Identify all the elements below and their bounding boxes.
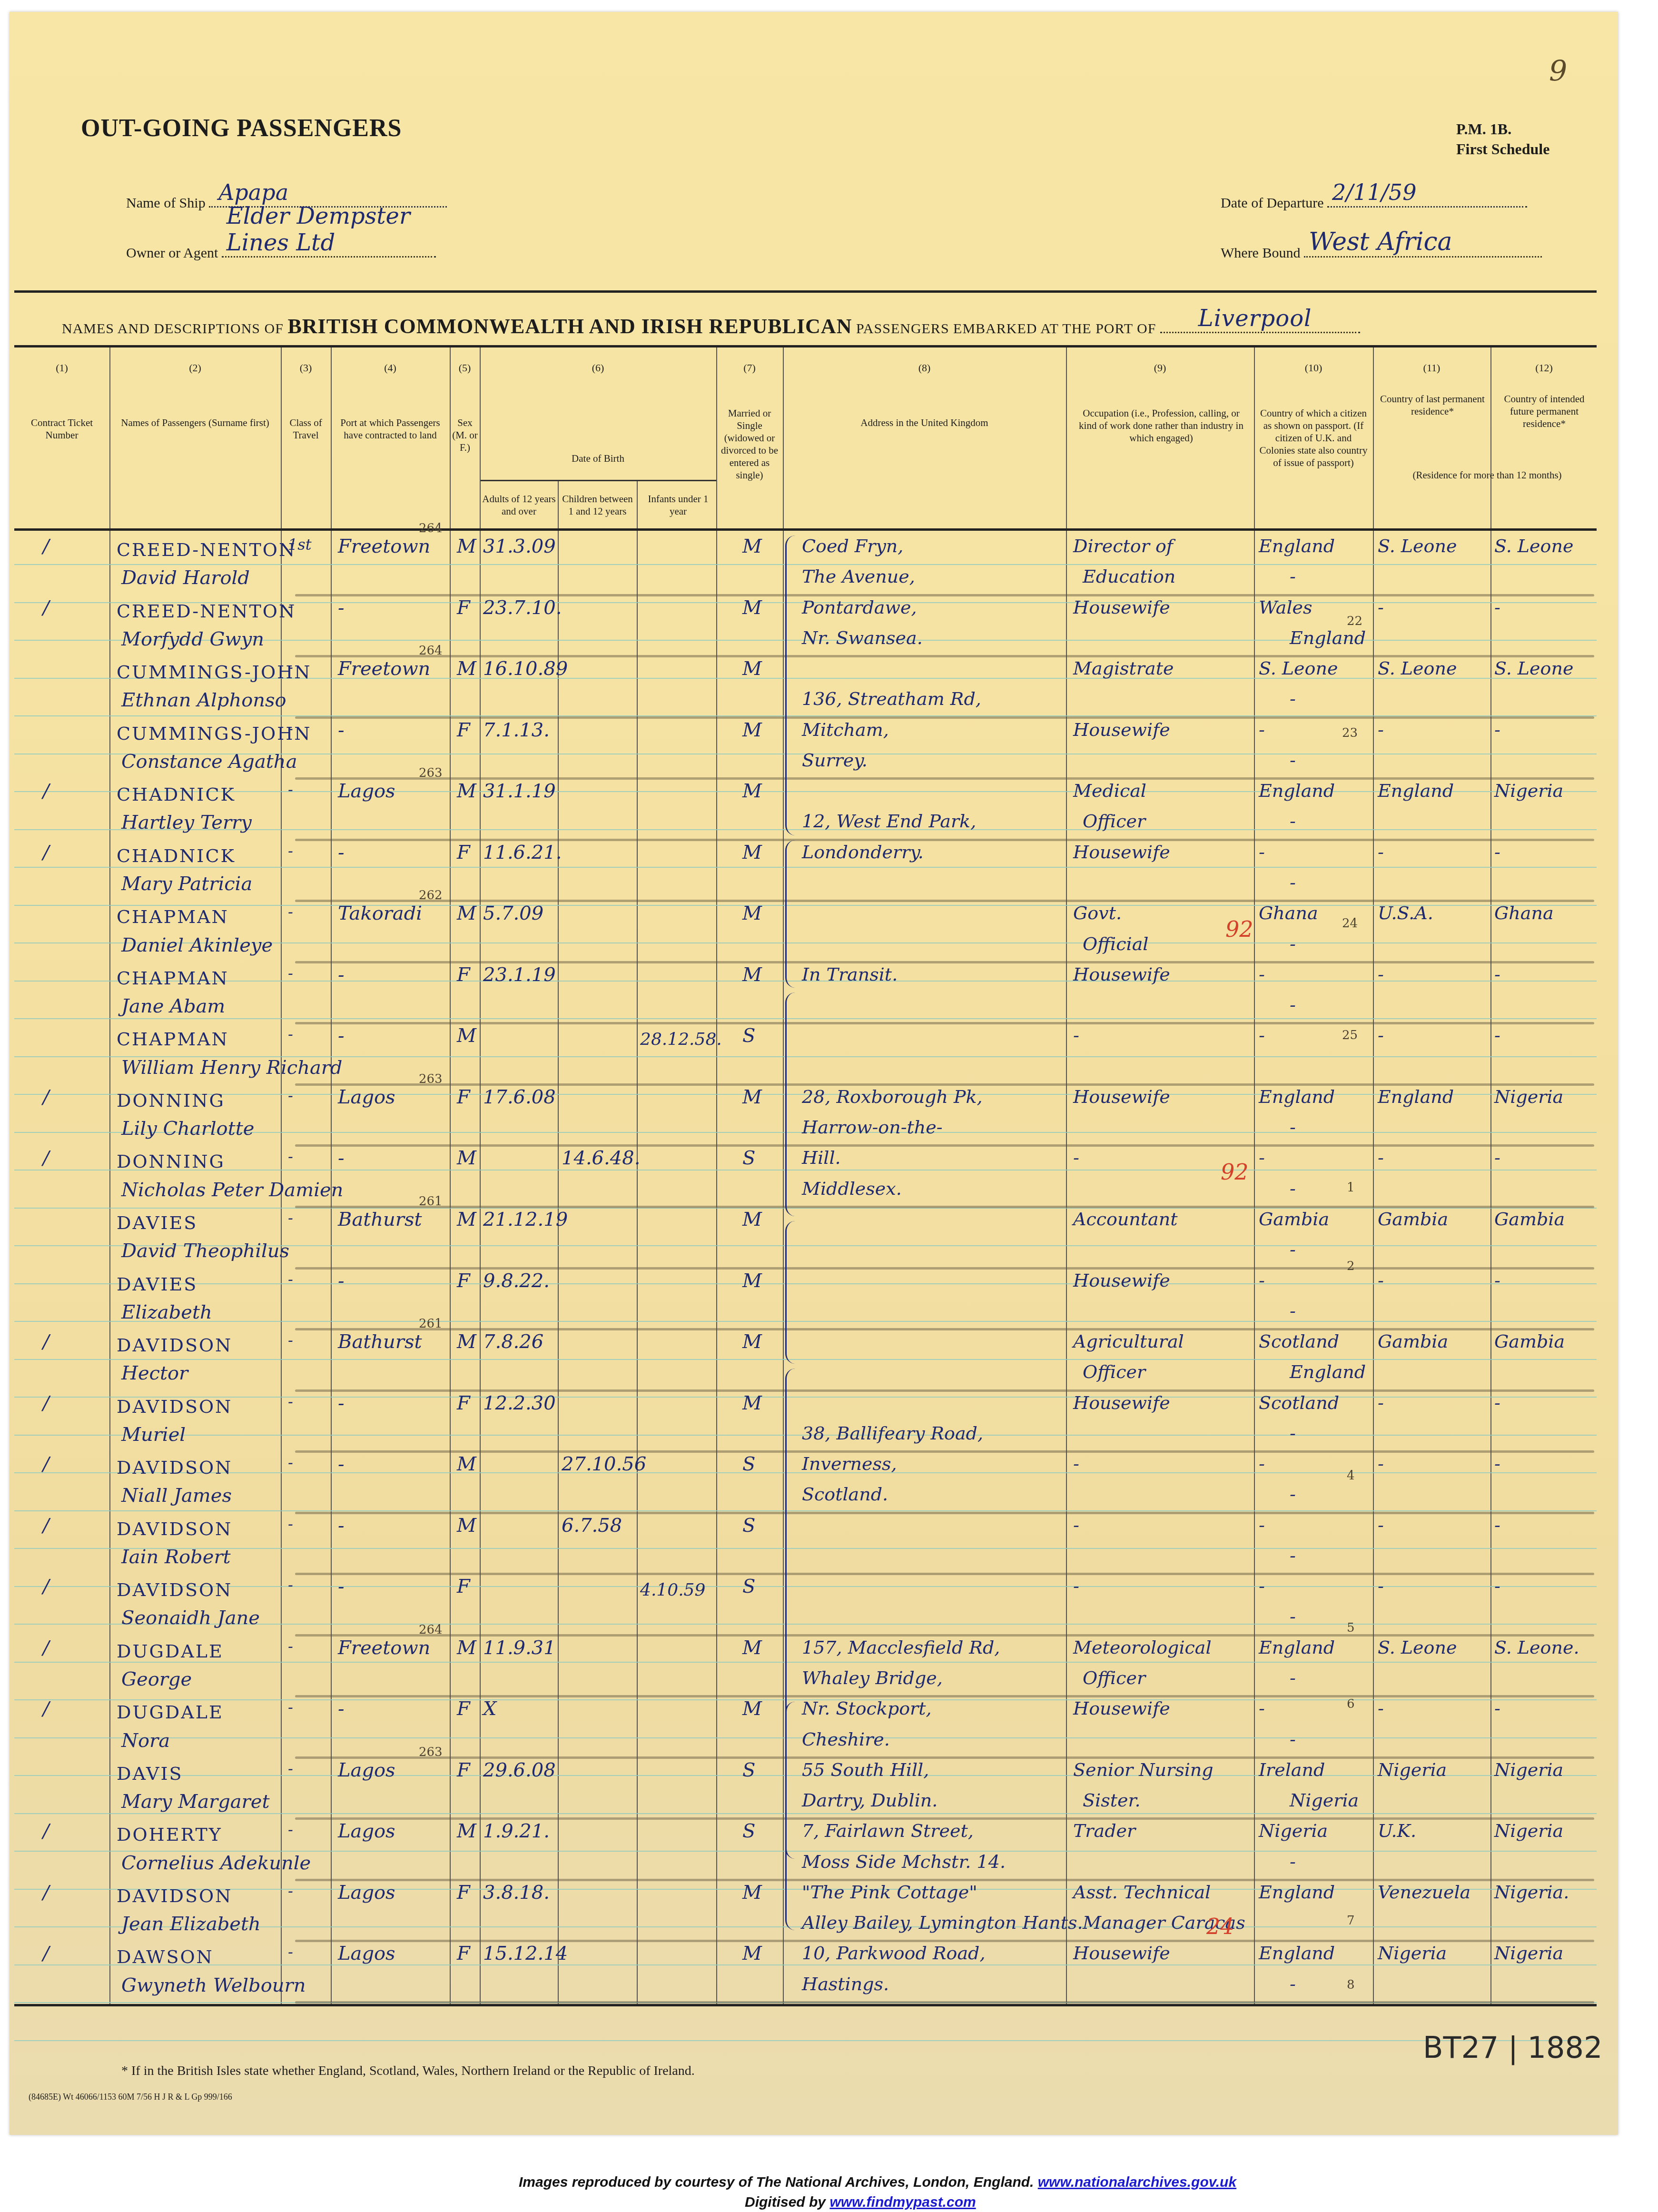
marital-status: M (742, 597, 762, 619)
travel-class: - (288, 658, 293, 676)
occupation-line-1: Medical (1073, 780, 1146, 801)
last-residence: - (1378, 1576, 1384, 1597)
passenger-surname: DAVIDSON (117, 1396, 232, 1417)
port-code-note: 264 (419, 1623, 443, 1637)
column-number-8: (8) (783, 362, 1066, 374)
dob-adult: 15.12.14 (483, 1943, 568, 1964)
passenger-forenames: David Harold (121, 567, 250, 589)
archive-reference: BT27 | 1882 (1423, 2030, 1602, 2065)
last-residence: - (1378, 842, 1384, 863)
citizenship: Nigeria (1259, 1820, 1328, 1841)
last-residence: England (1378, 780, 1454, 801)
passenger-forenames: Daniel Akinleye (121, 934, 273, 956)
passenger-forenames: Ethnan Alphonso (121, 689, 286, 711)
travel-class: - (288, 1759, 293, 1777)
sex: M (457, 536, 476, 557)
address-line-1: "The Pink Cottage" (802, 1882, 977, 1903)
print-code: (84685E) Wt 46066/1153 60M 7/56 H J R & … (29, 2092, 232, 2102)
sex: F (457, 1086, 470, 1108)
port-of-landing: Lagos (338, 1759, 395, 1781)
occupation-line-1: - (1073, 1147, 1079, 1168)
future-residence: Nigeria (1494, 1820, 1563, 1841)
form-schedule: First Schedule (1456, 139, 1549, 159)
findmypast-link[interactable]: www.findmypast.com (829, 2194, 976, 2210)
ship-name-label: Name of Ship (126, 195, 206, 211)
marital-status: S (742, 1025, 755, 1047)
address-line-1: 7, Fairlawn Street, (802, 1820, 974, 1841)
passport-issue-country: - (1290, 1178, 1296, 1199)
marital-status: M (742, 658, 762, 680)
occupation-line-1: Meteorological (1073, 1637, 1212, 1658)
column-number-12: (12) (1490, 362, 1598, 374)
occupation-line-1: Housewife (1073, 1698, 1170, 1719)
future-residence: - (1494, 1515, 1500, 1536)
sex: M (457, 780, 476, 802)
passenger-forenames: Lily Charlotte (121, 1118, 255, 1140)
passenger-surname: DAWSON (117, 1946, 214, 1967)
future-residence: - (1494, 1392, 1500, 1413)
port-code-note: 263 (419, 766, 443, 780)
address-line-2: The Avenue, (802, 566, 915, 587)
address-line-2: Cheshire. (802, 1729, 890, 1750)
port-code-note: 261 (419, 1194, 443, 1209)
sex: F (457, 964, 470, 986)
header-bottom-rule (14, 528, 1597, 531)
passport-issue-country: - (1290, 566, 1296, 587)
future-residence: S. Leone (1494, 536, 1573, 556)
column-number-11: (11) (1373, 362, 1490, 374)
form-code: P.M. 1B. (1456, 119, 1549, 139)
passport-issue-country: - (1290, 1974, 1296, 1994)
passport-issue-country: - (1290, 872, 1296, 893)
travel-class: - (288, 1331, 293, 1349)
dob-adult: 29.6.08 (483, 1759, 556, 1781)
passenger-surname: CUMMINGS-JOHN (117, 723, 312, 744)
port-code-note: 263 (419, 1745, 443, 1759)
passenger-forenames: Gwyneth Welbourn (121, 1974, 306, 1996)
occupation-line-1: Housewife (1073, 719, 1170, 740)
address-group-brace (785, 536, 795, 835)
sex: F (457, 597, 470, 619)
passport-issue-country: - (1290, 1729, 1296, 1750)
national-archives-link[interactable]: www.nationalarchives.gov.uk (1038, 2174, 1236, 2190)
travel-class: - (288, 964, 293, 982)
future-residence: - (1494, 1270, 1500, 1291)
port-of-landing: - (338, 1025, 345, 1047)
address-group-brace (785, 1221, 795, 1364)
citizenship: Scotland (1259, 1392, 1339, 1413)
last-residence: S. Leone (1378, 658, 1457, 679)
address-group-brace (785, 840, 795, 988)
travel-class: - (288, 1025, 293, 1043)
occupation-line-1: Asst. Technical (1073, 1882, 1211, 1903)
column-number-3: (3) (281, 362, 331, 374)
red-annotation: 92 (1221, 1159, 1249, 1185)
column-header-class: Class of Travel (283, 417, 328, 441)
departure-date-label: Date of Departure (1221, 195, 1324, 211)
travel-class: - (288, 1637, 293, 1655)
passenger-surname: DAVIES (117, 1274, 197, 1295)
sex: M (457, 1147, 476, 1169)
occupation-line-1: Accountant (1073, 1209, 1178, 1230)
address-line-2: Whaley Bridge, (802, 1667, 943, 1688)
citizenship: - (1259, 842, 1265, 863)
occupation-line-1: Magistrate (1073, 658, 1174, 679)
marital-status: M (742, 536, 762, 557)
passenger-surname: CREED-NENTON (117, 539, 296, 560)
ticket-number: / (43, 1147, 49, 1169)
marital-status: M (742, 1209, 762, 1230)
passenger-forenames: Cornelius Adekunle (121, 1852, 311, 1874)
passenger-surname: DUGDALE (117, 1702, 224, 1723)
port-of-landing: - (338, 1576, 345, 1597)
port-code-note: 261 (419, 1317, 443, 1331)
marital-status: S (742, 1453, 755, 1475)
citizenship: England (1259, 780, 1335, 801)
last-residence: U.K. (1378, 1820, 1416, 1841)
passenger-forenames: Seonaidh Jane (121, 1607, 260, 1629)
passenger-surname: DAVIDSON (117, 1579, 232, 1600)
passport-issue-country: - (1290, 688, 1296, 709)
passenger-forenames: Hector (121, 1362, 188, 1384)
address-line-2: Scotland. (802, 1484, 888, 1505)
passenger-forenames: Morfydd Gwyn (121, 628, 264, 650)
future-residence: - (1494, 1576, 1500, 1597)
sex: M (457, 1209, 476, 1230)
sex: M (457, 1515, 476, 1537)
travel-class: - (288, 1270, 293, 1288)
where-bound-value: West Africa (1309, 228, 1452, 256)
last-residence: U.S.A. (1378, 903, 1433, 923)
passenger-surname: DAVIDSON (117, 1457, 232, 1478)
marital-status: M (742, 1331, 762, 1353)
last-residence: S. Leone (1378, 536, 1457, 556)
footnote: * If in the British Isles state whether … (121, 2063, 695, 2079)
passenger-surname: DONNING (117, 1090, 225, 1111)
column-header-citizenship: Country of which a citizen as shown on p… (1259, 407, 1368, 469)
address-line-1: Hill. (802, 1147, 841, 1168)
last-residence: S. Leone (1378, 1637, 1457, 1658)
red-annotation: 24 (1206, 1914, 1234, 1939)
passenger-surname: CHAPMAN (117, 906, 229, 927)
port-of-landing: - (338, 964, 345, 986)
ticket-number: / (43, 1576, 49, 1597)
address-line-1: Inverness, (802, 1453, 897, 1474)
ticket-number: / (43, 1515, 49, 1537)
last-residence: - (1378, 1392, 1384, 1413)
marital-status: M (742, 1698, 762, 1720)
marital-status: M (742, 842, 762, 863)
port-of-landing: Bathurst (338, 1209, 422, 1230)
occupation-line-2: Officer (1083, 811, 1145, 832)
dob-child: 14.6.48. (562, 1147, 640, 1169)
dob-adult: 11.6.21. (483, 842, 562, 863)
future-residence: - (1494, 964, 1500, 985)
ticket-number: / (43, 780, 49, 802)
owner-agent-label: Owner or Agent (126, 245, 218, 261)
occupation-line-2: Officer (1083, 1667, 1145, 1688)
page-number: 9 (1549, 55, 1567, 88)
port-of-landing: - (338, 842, 345, 863)
column-header-last-residence: Country of last permanent residence* (1378, 393, 1487, 417)
where-bound-field: Where Bound West Africa (1221, 245, 1542, 261)
passport-issue-country: - (1290, 811, 1296, 832)
marital-status: S (742, 1820, 755, 1842)
future-residence: Ghana (1494, 903, 1554, 923)
departure-date-field: Date of Departure 2/11/59 (1221, 195, 1527, 211)
passenger-forenames: Jean Elizabeth (121, 1913, 261, 1935)
passport-issue-country: - (1290, 1606, 1296, 1627)
port-of-landing: Lagos (338, 780, 395, 802)
port-of-landing: - (338, 719, 345, 741)
future-residence: - (1494, 1453, 1500, 1474)
passenger-surname: DAVIDSON (117, 1518, 232, 1539)
ship-name-value: Apapa (218, 179, 288, 205)
port-of-landing: - (338, 597, 345, 619)
citizenship: - (1259, 1025, 1265, 1046)
sex: F (457, 1576, 470, 1597)
where-bound-label: Where Bound (1221, 245, 1300, 261)
travel-class: - (288, 1453, 293, 1471)
port-of-landing: - (338, 1698, 345, 1720)
ticket-number: / (43, 1698, 49, 1720)
future-residence: Nigeria (1494, 780, 1563, 801)
marital-status: M (742, 780, 762, 802)
ticket-number: / (43, 1820, 49, 1842)
passenger-forenames: William Henry Richard (121, 1057, 342, 1079)
column-header-future-residence: Country of intended future permanent res… (1494, 393, 1594, 430)
last-residence: Venezuela (1378, 1882, 1470, 1903)
travel-class: - (288, 1820, 293, 1838)
sex: M (457, 1820, 476, 1842)
dob-adult: 3.8.18. (483, 1882, 550, 1904)
passenger-surname: CHAPMAN (117, 1029, 229, 1050)
port-of-landing: Bathurst (338, 1331, 422, 1353)
occupation-line-1: Housewife (1073, 1943, 1170, 1964)
address-line-2: Alley Bailey, Lymington Hants. (802, 1912, 1083, 1933)
future-residence: S. Leone. (1494, 1637, 1579, 1658)
passport-issue-country: - (1290, 933, 1296, 954)
address-line-1: In Transit. (802, 964, 898, 985)
passenger-surname: DAVIDSON (117, 1335, 232, 1356)
passenger-surname: CREED-NENTON (117, 601, 296, 622)
dob-child: 6.7.58 (562, 1515, 622, 1537)
passport-issue-country: - (1290, 750, 1296, 771)
column-header-dob: Date of Birth (480, 452, 716, 465)
column-header-dob-children: Children between 1 and 12 years (561, 493, 634, 517)
passport-issue-country: - (1290, 1300, 1296, 1321)
column-header-sex: Sex (M. or F.) (451, 417, 479, 454)
dob-adult: 31.1.19 (483, 780, 556, 802)
occupation-line-1: Director of (1073, 536, 1173, 556)
last-residence: Gambia (1378, 1209, 1448, 1230)
column-number-4: (4) (331, 362, 450, 374)
sex: M (457, 903, 476, 924)
future-residence: Gambia (1494, 1209, 1565, 1230)
dob-adult: X (483, 1698, 496, 1720)
citizenship: England (1259, 1882, 1335, 1903)
credit-line-2: Digitised by www.findmypast.com (745, 2194, 976, 2211)
divider (14, 345, 1597, 347)
travel-class: - (288, 780, 293, 798)
dob-infant: 28.12.58. (640, 1030, 722, 1049)
address-line-2: Middlesex. (802, 1178, 902, 1199)
future-residence: - (1494, 1698, 1500, 1719)
port-code-note: 264 (419, 644, 443, 658)
dob-adult: 16.10.89 (483, 658, 568, 680)
occupation-line-1: Trader (1073, 1820, 1135, 1841)
sex: F (457, 1392, 470, 1414)
residence-note: (Residence for more than 12 months) (1375, 469, 1599, 481)
passport-issue-country: - (1290, 1484, 1296, 1505)
marital-status: S (742, 1759, 755, 1781)
column-header-port: Port at which Passengers have contracted… (336, 417, 445, 441)
passport-issue-country: - (1290, 1545, 1296, 1566)
citizenship: England (1259, 1637, 1335, 1658)
future-residence: Nigeria (1494, 1943, 1563, 1964)
passenger-forenames: Constance Agatha (121, 751, 297, 773)
dob-adult: 31.3.09 (483, 536, 556, 557)
passenger-surname: CHADNICK (117, 784, 236, 805)
occupation-line-1: Govt. (1073, 903, 1122, 923)
ticket-number: / (43, 842, 49, 863)
occupation-line-2: Education (1083, 566, 1175, 587)
ticket-number: / (43, 536, 49, 557)
dob-child: 27.10.56 (562, 1453, 646, 1475)
address-group-brace (785, 992, 795, 1216)
last-residence: Gambia (1378, 1331, 1448, 1352)
dob-infant: 4.10.59 (640, 1580, 705, 1600)
travel-class: - (288, 1147, 293, 1165)
port-of-landing: Freetown (338, 1637, 430, 1659)
passenger-forenames: George (121, 1668, 192, 1690)
address-line-1: Pontardawe, (802, 597, 917, 618)
passport-issue-country: Nigeria (1290, 1790, 1359, 1811)
address-group-brace (785, 1702, 795, 1859)
occupation-line-1: Housewife (1073, 842, 1170, 863)
passenger-surname: DOHERTY (117, 1824, 222, 1845)
sex: M (457, 1025, 476, 1047)
citizenship: - (1259, 1453, 1265, 1474)
address-line-2: Dartry, Dublin. (802, 1790, 938, 1811)
citizenship: - (1259, 1576, 1265, 1597)
passenger-list-page: 9 OUT-GOING PASSENGERS P.M. 1B. First Sc… (10, 12, 1618, 2135)
passport-issue-country: England (1290, 1361, 1366, 1382)
citizenship: S. Leone (1259, 658, 1338, 679)
sex: F (457, 719, 470, 741)
occupation-line-1: Housewife (1073, 1392, 1170, 1413)
passenger-forenames: Elizabeth (121, 1301, 212, 1323)
passenger-surname: CHAPMAN (117, 968, 229, 989)
address-line-2: 12, West End Park, (802, 811, 976, 832)
passenger-surname: DAVIES (117, 1212, 197, 1233)
port-of-landing: Lagos (338, 1943, 395, 1964)
last-residence: - (1378, 1453, 1384, 1474)
address-line-1: Nr. Stockport, (802, 1698, 932, 1719)
marital-status: M (742, 719, 762, 741)
ticket-number: / (43, 1943, 49, 1964)
passport-issue-country: England (1290, 627, 1366, 648)
travel-class: - (288, 1576, 293, 1594)
dob-adult: 5.7.09 (483, 903, 543, 924)
occupation-line-1: - (1073, 1025, 1079, 1046)
column-header-occupation: Occupation (i.e., Profession, calling, o… (1076, 407, 1247, 444)
marital-status: M (742, 1943, 762, 1964)
passenger-forenames: Iain Robert (121, 1546, 231, 1568)
occupation-line-1: Housewife (1073, 597, 1170, 618)
column-header-dob-adults: Adults of 12 years and over (482, 493, 556, 517)
citizenship: England (1259, 536, 1335, 556)
travel-class: - (288, 597, 293, 615)
column-number-5: (5) (450, 362, 480, 374)
ticket-number: / (43, 597, 49, 619)
ticket-number: / (43, 1882, 49, 1904)
last-residence: Nigeria (1378, 1943, 1447, 1964)
marital-status: M (742, 964, 762, 986)
last-residence: - (1378, 1698, 1384, 1719)
port-code-note: 264 (419, 521, 443, 536)
occupation-line-1: Senior Nursing (1073, 1759, 1214, 1780)
ticket-number: / (43, 1086, 49, 1108)
marital-status: M (742, 1637, 762, 1659)
sex: M (457, 658, 476, 680)
passenger-surname: DONNING (117, 1151, 225, 1172)
sex: F (457, 1270, 470, 1292)
address-line-1: 10, Parkwood Road, (802, 1943, 985, 1964)
passport-issue-country: - (1290, 1423, 1296, 1444)
dob-adult: 1.9.21. (483, 1820, 550, 1842)
address-line-2: Hastings. (802, 1974, 889, 1994)
passport-issue-country: - (1290, 1851, 1296, 1872)
passenger-forenames: Nicholas Peter Damien (121, 1179, 343, 1201)
last-residence: - (1378, 1515, 1384, 1536)
form-title: OUT-GOING PASSENGERS (81, 114, 402, 142)
travel-class: - (288, 1698, 293, 1716)
occupation-line-1: Housewife (1073, 1270, 1170, 1291)
marital-status: S (742, 1576, 755, 1597)
last-residence: - (1378, 1147, 1384, 1168)
port-of-landing: Lagos (338, 1882, 395, 1904)
travel-class: - (288, 1943, 293, 1961)
last-residence: - (1378, 719, 1384, 740)
occupation-line-1: Agricultural (1073, 1331, 1184, 1352)
citizenship: Gambia (1259, 1209, 1329, 1230)
travel-class: - (288, 1209, 293, 1227)
dob-adult: 11.9.31 (483, 1637, 556, 1659)
passenger-forenames: Nora (121, 1730, 170, 1752)
occupation-line-1: - (1073, 1515, 1079, 1536)
passenger-forenames: Hartley Terry (121, 812, 252, 833)
dob-adult: 7.8.26 (483, 1331, 543, 1353)
last-residence: Nigeria (1378, 1759, 1447, 1780)
port-of-landing: - (338, 1453, 345, 1475)
column-number-9: (9) (1066, 362, 1254, 374)
marital-status: M (742, 1392, 762, 1414)
passport-issue-country: - (1290, 1117, 1296, 1138)
future-residence: - (1494, 597, 1500, 618)
divider (14, 290, 1597, 293)
citizenship: - (1259, 1515, 1265, 1536)
sex: F (457, 1882, 470, 1904)
future-residence: - (1494, 719, 1500, 740)
future-residence: S. Leone (1494, 658, 1573, 679)
travel-class: - (288, 1392, 293, 1410)
form-code-block: P.M. 1B. First Schedule (1456, 119, 1549, 159)
citizenship: England (1259, 1086, 1335, 1107)
citizenship: Scotland (1259, 1331, 1339, 1352)
citizenship: England (1259, 1943, 1335, 1964)
port-of-landing: Lagos (338, 1086, 395, 1108)
